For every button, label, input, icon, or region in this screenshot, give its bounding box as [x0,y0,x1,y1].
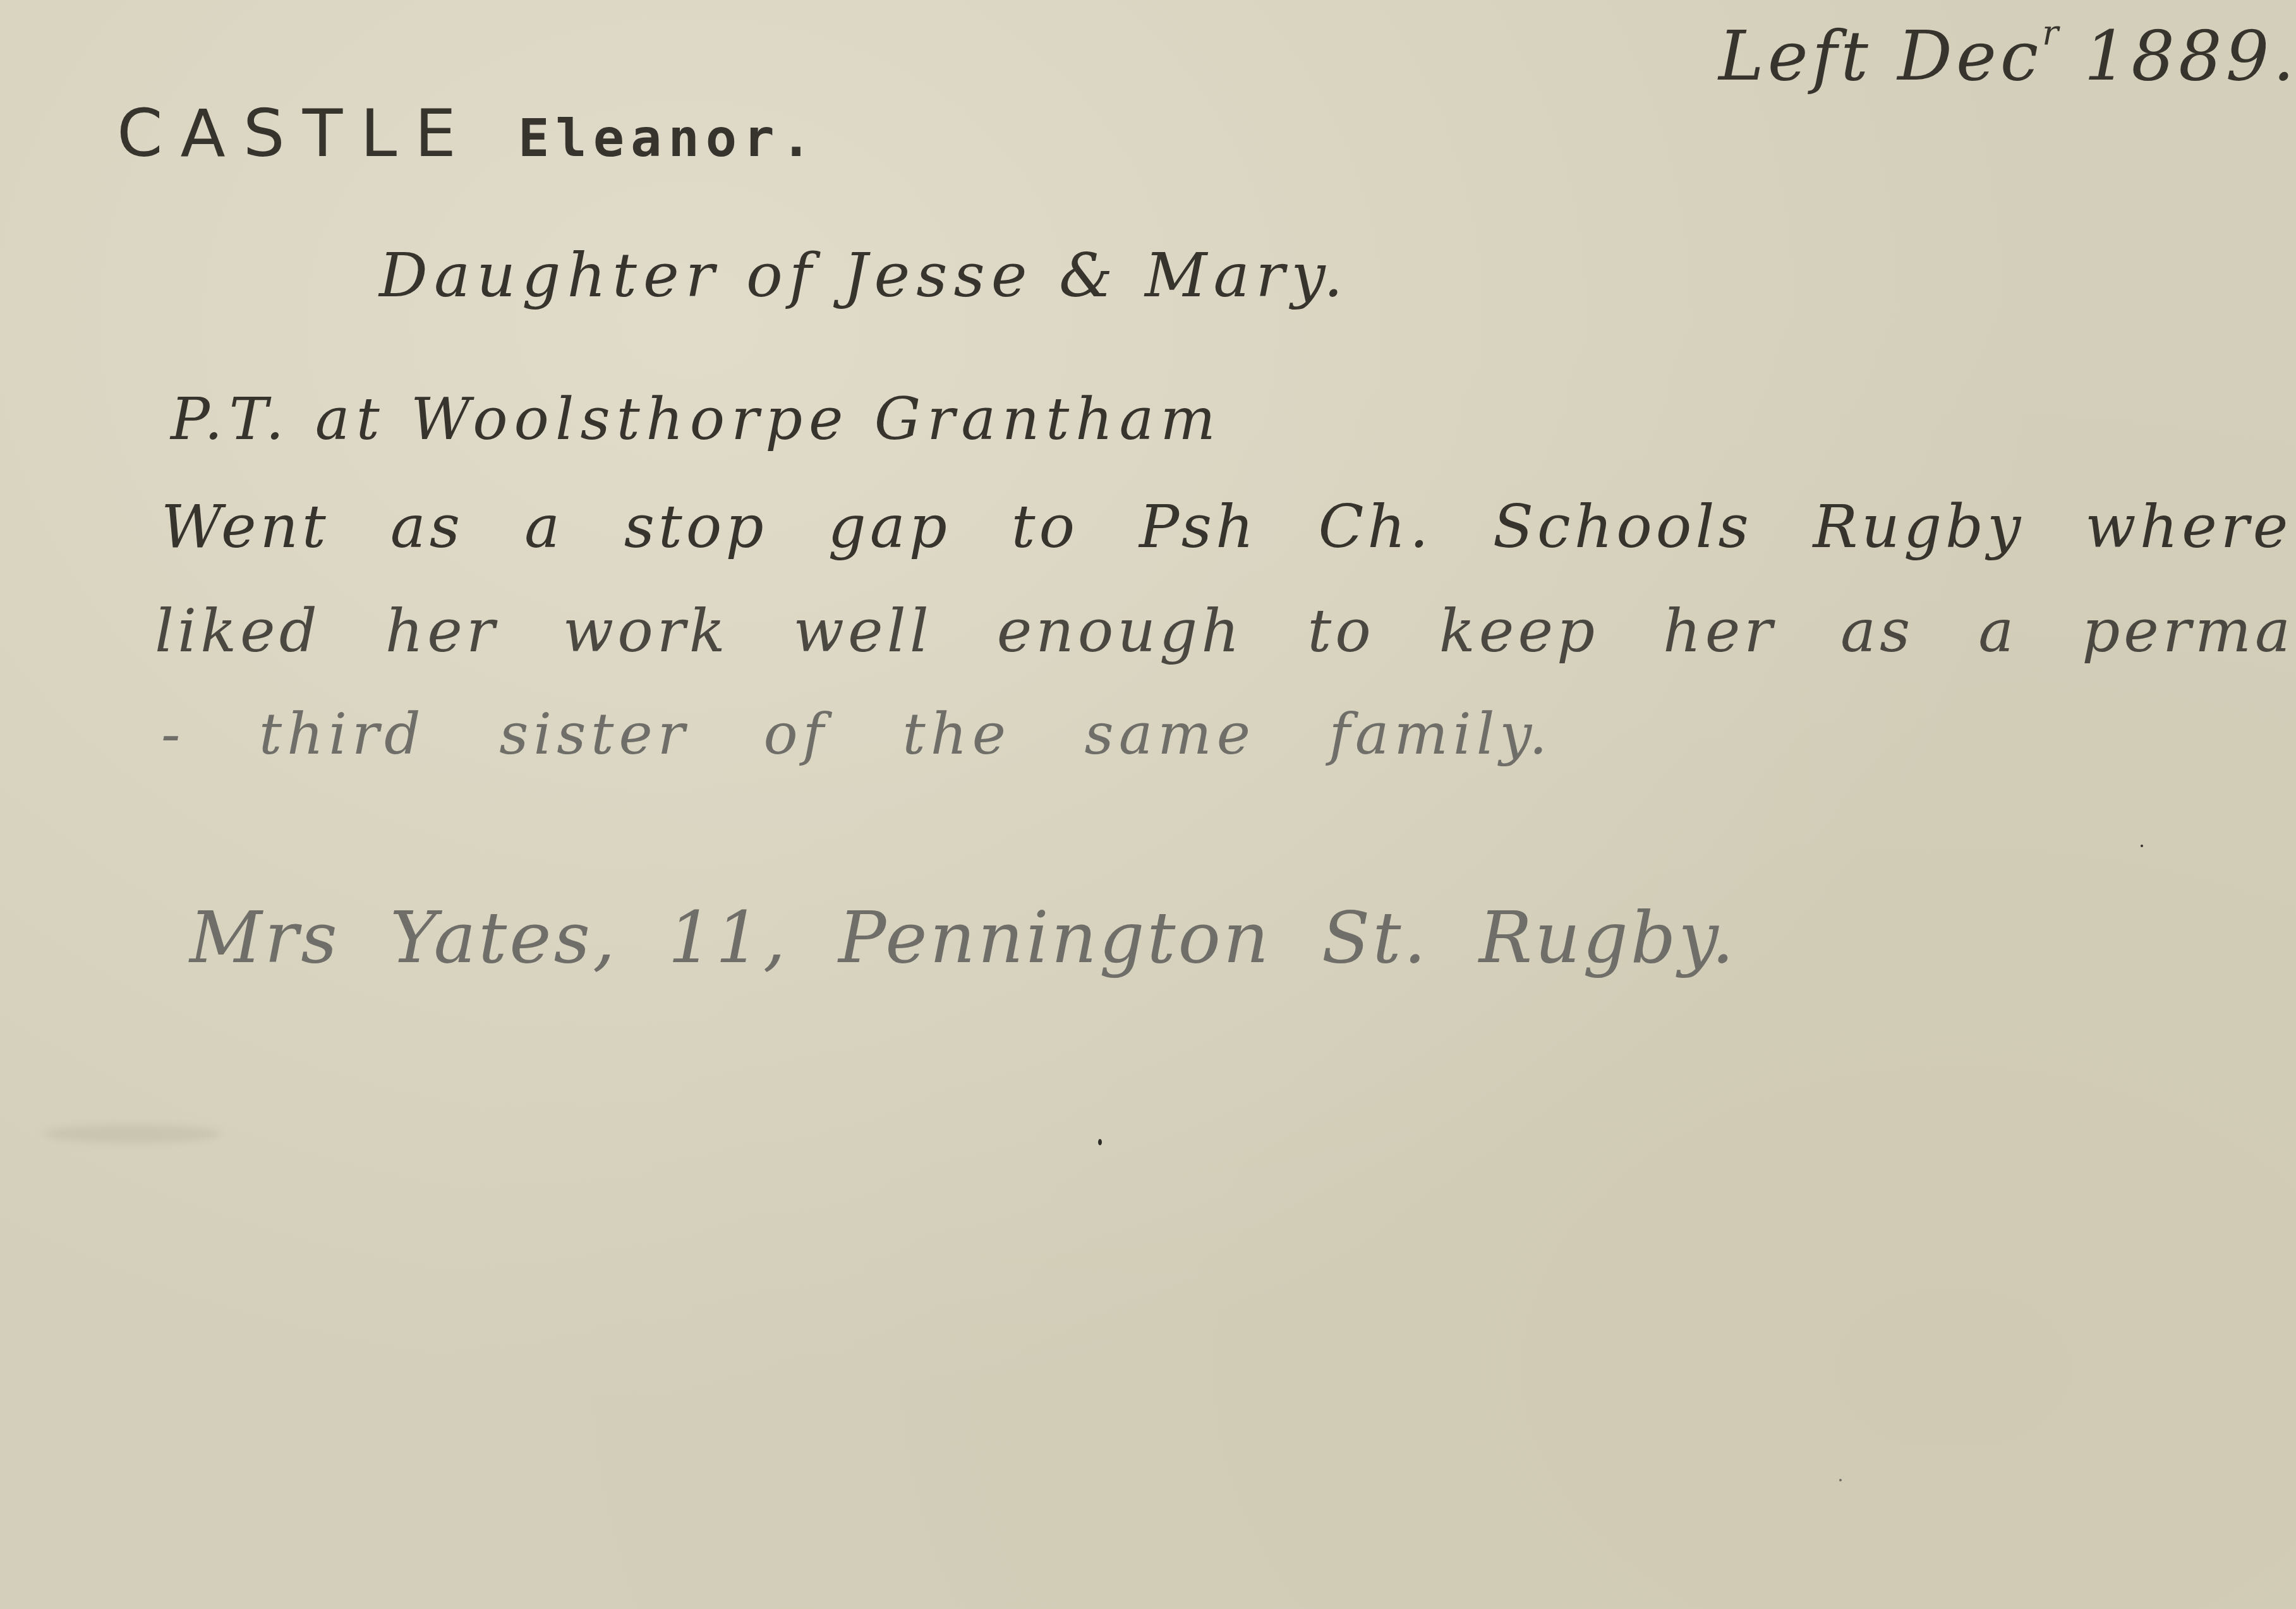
ink-speck [1839,1479,1842,1481]
note-line-4: - third sister of the same family. [161,701,1552,768]
paper-smudge [44,1124,221,1143]
record-card: Left Decr 1889. CASTLEEleanor. Daughter … [0,0,2296,1609]
parents-line: Daughter of Jesse & Mary. [379,240,1350,311]
note-line-3: liked her work well enough to keep her a… [155,597,2296,666]
surname: CASTLE [117,95,474,172]
ink-speck [1098,1139,1102,1145]
name-heading: CASTLEEleanor. [117,95,818,172]
note-line-2: Went as a stop gap to Psh Ch. Schools Ru… [161,493,2296,562]
address-line: Mrs Yates, 11, Pennington St. Rugby. [190,897,1736,979]
ink-speck [2141,845,2143,847]
forename: Eleanor. [518,109,818,169]
left-date-year: 1889. [2084,17,2296,96]
left-date-superscript: r [2042,13,2058,52]
left-date-note: Left Decr 1889. [1719,13,2296,96]
left-date-prefix: Left Dec [1719,17,2042,96]
note-line-1: P.T. at Woolsthorpe Grantham [171,385,1222,453]
